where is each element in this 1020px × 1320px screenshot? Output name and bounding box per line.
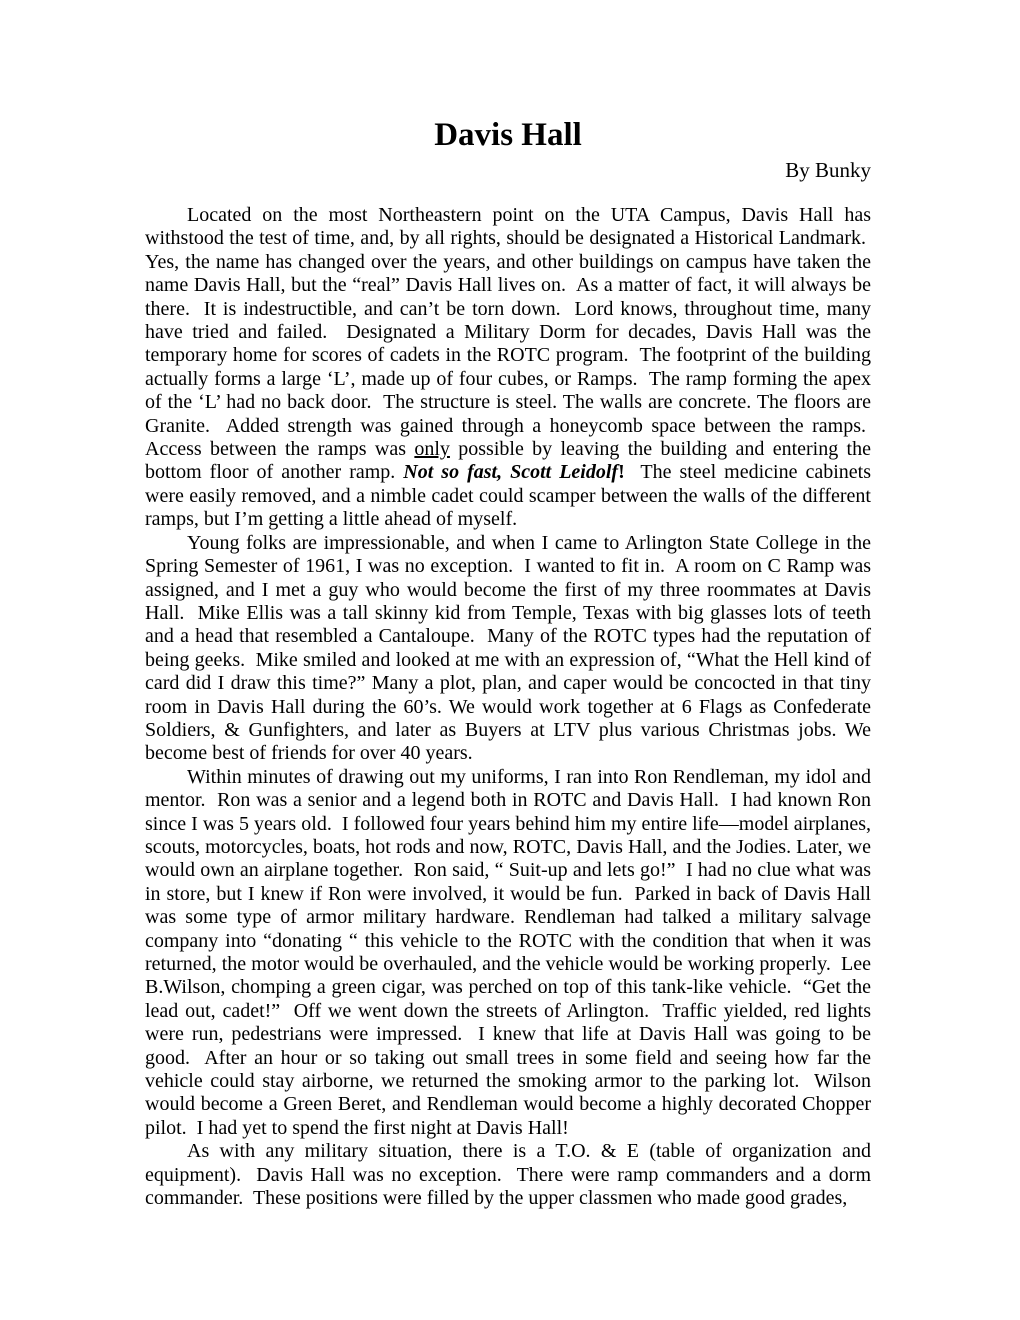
text-run: Young folks are impressionable, and when… (145, 532, 871, 765)
paragraph: Located on the most Northeastern point o… (145, 204, 871, 532)
paragraph: Young folks are impressionable, and when… (145, 532, 871, 766)
paragraph: Within minutes of drawing out my uniform… (145, 766, 871, 1141)
text-run: Not so fast, Scott Leidolf (403, 461, 618, 483)
text-run: Located on the most Northeastern point o… (145, 204, 871, 460)
document-body: Located on the most Northeastern point o… (145, 204, 871, 1210)
paragraph: As with any military situation, there is… (145, 1140, 871, 1210)
text-run: As with any military situation, there is… (145, 1140, 871, 1209)
text-run: Within minutes of drawing out my uniform… (145, 766, 871, 1139)
document-title: Davis Hall (145, 116, 871, 154)
text-run: only (414, 438, 450, 460)
text-run: ! (618, 461, 625, 483)
document-page: Davis Hall By Bunky Located on the most … (0, 0, 1020, 1320)
byline: By Bunky (145, 158, 871, 182)
